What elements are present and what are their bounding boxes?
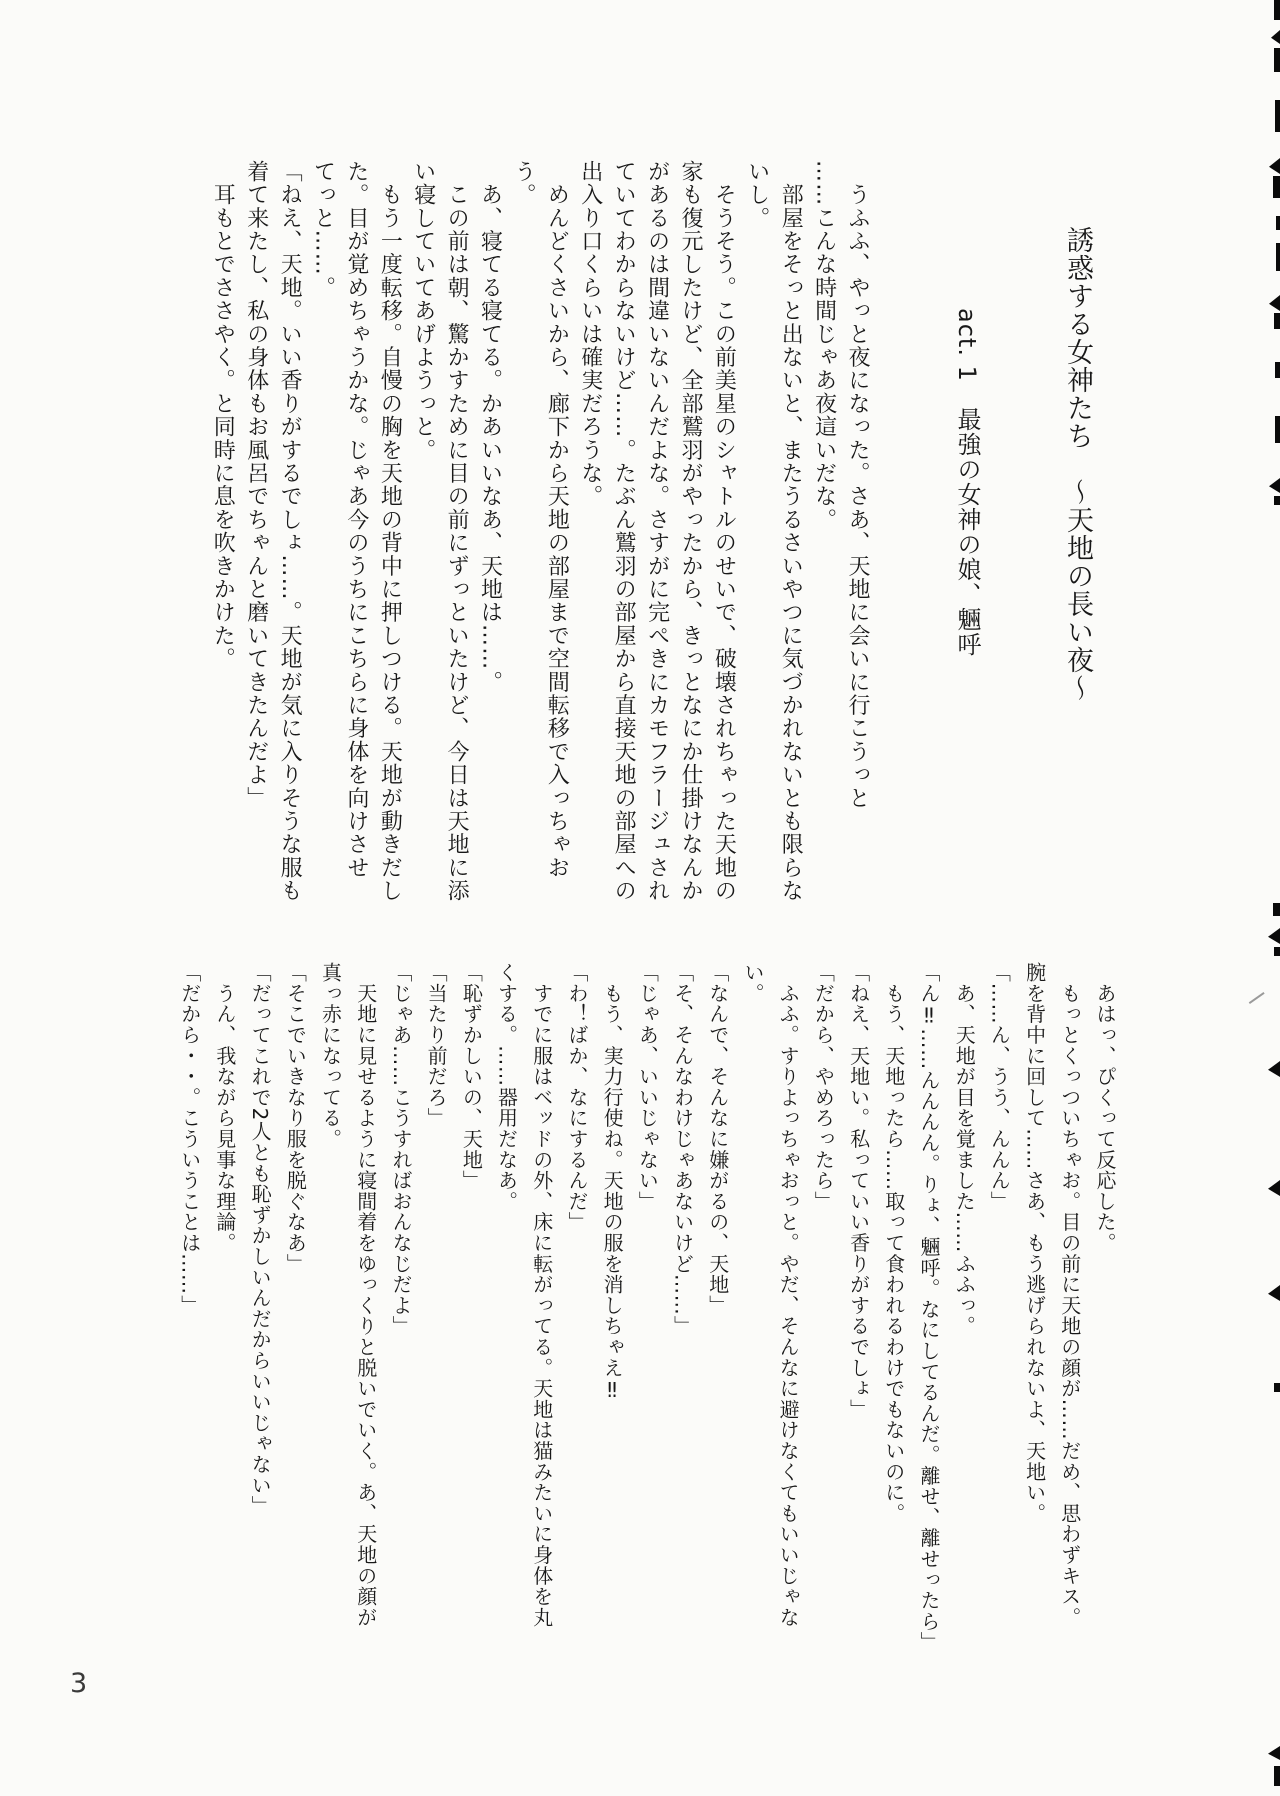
vertical-text-line: すでに服はベッドの外、床に転がってる。天地は猫みたいに身体を丸 [524,962,559,1682]
vertical-text-line: 「じゃあ、いいじゃない」 [629,962,664,1682]
scan-artifact [1274,0,1280,20]
vertical-text-line: 家も復元したけど、全部鷲羽がやったから、きっとなにか仕掛けなんか [674,160,707,920]
scan-artifact [1274,313,1280,329]
vertical-text-line: 「だってこれで2人とも恥ずかしいんだからいいじゃない」 [242,962,277,1682]
page-title: 誘惑する女神たち ～天地の長い夜～ [1058,226,1097,702]
vertical-text-line: いし。 [740,160,773,920]
vertical-text-line: 真っ赤になってる。 [312,962,347,1682]
vertical-text-line: 天地に見せるように寝間着をゆっくりと脱いでいく。あ、天地の顔が [348,962,383,1682]
scan-artifact [1273,903,1280,916]
vertical-text-line: 「だから、やめろったら」 [805,962,840,1682]
vertical-text-line: うふふ、やっと夜になった。さあ、天地に会いに行こうっと [841,160,874,920]
bottom-text-block: あはっ、ぴくって反応した。 もっとくっついちゃお。目の前に天地の顔が……だめ、思… [170,962,1122,1682]
vertical-text-line: 部屋をそっと出ないと、またうるさいやつに気づかれないとも限らな [774,160,807,920]
vertical-text-line: 「そ、そんなわけじゃあないけど……」 [664,962,699,1682]
vertical-text-line: てっと……。 [306,160,339,920]
vertical-text-line: ていてわからないけど……。たぶん鷲羽の部屋から直接天地の部屋への [607,160,640,920]
vertical-text-line: この前は朝、驚かすために目の前にずっといたけど、今日は天地に添 [440,160,473,920]
page-number: 3 [70,1668,87,1699]
scan-artifact [1268,1285,1280,1301]
vertical-text-line: 「なんで、そんなに嫌がるの、天地」 [700,962,735,1682]
vertical-text-line: 「じゃあ……こうすればおんなじだよ」 [383,962,418,1682]
top-text-block: うふふ、やっと夜になった。さあ、天地に会いに行こうっと……こんな時間じゃあ夜這い… [138,160,874,920]
scan-artifact [1268,1180,1280,1196]
vertical-text-line: めんどくさいから、廊下から天地の部屋まで空間転移で入っちゃお [540,160,573,920]
scanned-page: 誘惑する女神たち ～天地の長い夜～ act. 1 最強の女神の娘、魎呼 うふふ、… [0,0,1280,1796]
scan-artifact [1273,176,1280,198]
vertical-text-line: う。 [507,160,540,920]
vertical-text-line: 「……ん、うう、んんん」 [981,962,1016,1682]
vertical-text-line: そうそう。この前美星のシャトルのせいで、破壊されちゃった天地の [707,160,740,920]
vertical-text-line: 腕を背中に回して……さあ、もう逃げられないよ、天地い。 [1016,962,1051,1682]
vertical-text-line: 「そこでいきなり服を脱ぐなあ」 [277,962,312,1682]
scan-artifact [1271,30,1280,44]
vertical-text-line: 「恥ずかしいの、天地」 [453,962,488,1682]
vertical-text-line: もう一度転移。自慢の胸を天地の背中に押しつける。天地が動きだし [373,160,406,920]
scan-artifact [1269,478,1280,493]
vertical-text-line: い寝していてあげようっと。 [406,160,439,920]
scan-artifact [1275,416,1280,443]
vertical-text-line: 「だから・・。こういうことは……」 [172,962,207,1682]
scan-artifact [1269,158,1280,174]
vertical-text-line: あ、天地が目を覚ました……ふふっ。 [946,962,981,1682]
scan-artifact [1276,243,1280,271]
vertical-text-line: 「当たり前だろ」 [418,962,453,1682]
vertical-text-line: 耳もとでささやく。と同時に息を吹きかけた。 [206,160,239,920]
vertical-text-line: 「ん‼……んんんん。りょ、魎呼。なにしてるんだ。離せ、離せったら」 [911,962,946,1682]
scan-artifact [1269,295,1280,311]
vertical-text-line: あはっ、ぴくって反応した。 [1087,962,1122,1682]
act-heading: act. 1 最強の女神の娘、魎呼 [950,308,985,657]
scan-artifact [1274,947,1280,956]
vertical-text-line: 出入り口くらいは確実だろうな。 [573,160,606,920]
vertical-text-line: くする。……器用だなあ。 [488,962,523,1682]
scan-artifact [1249,992,1278,1022]
vertical-text-line: た。目が覚めちゃうかな。じゃあ今のうちにこちらに身体を向けさせ [340,160,373,920]
scan-artifact [1268,1746,1280,1760]
vertical-text-line: もっとくっついちゃお。目の前に天地の顔が……だめ、思わずキス。 [1052,962,1087,1682]
vertical-text-line: もう、天地ったら……取って食われるわけでもないのに。 [876,962,911,1682]
vertical-text-line: もう、実力行使ね。天地の服を消しちゃえ‼ [594,962,629,1682]
vertical-text-line: あ、寝てる寝てる。かあいいなあ、天地は……。 [473,160,506,920]
vertical-text-line: い。 [735,962,770,1682]
vertical-text-line: 「わ！ばか、なにするんだ」 [559,962,594,1682]
scan-artifact [1274,48,1280,72]
scan-artifact [1275,362,1280,378]
scan-artifact [1274,1383,1280,1392]
vertical-text-line: ふふ。すりよっちゃおっと。やだ、そんなに避けなくてもいいじゃな [770,962,805,1682]
vertical-text-line: があるのは間違いないんだよな。さすがに完ぺきにカモフラージュされ [640,160,673,920]
scan-artifact [1275,100,1280,132]
scan-artifact [1274,496,1280,505]
vertical-text-line: 「ねえ、天地い。私っていい香りがするでしょ」 [840,962,875,1682]
vertical-text-line: うん、我ながら見事な理論。 [207,962,242,1682]
vertical-text-line: ……こんな時間じゃあ夜這いだな。 [807,160,840,920]
scan-artifact [1274,1766,1280,1786]
vertical-text-line: 着て来たし、私の身体もお風呂でちゃんと磨いてきたんだよ」 [239,160,272,920]
vertical-text-line: 「ねえ、天地。いい香りがするでしょ……。天地が気に入りそうな服も [273,160,306,920]
scan-artifact [1276,216,1280,230]
scan-artifact [1268,928,1280,944]
scan-artifact [1268,1061,1280,1077]
